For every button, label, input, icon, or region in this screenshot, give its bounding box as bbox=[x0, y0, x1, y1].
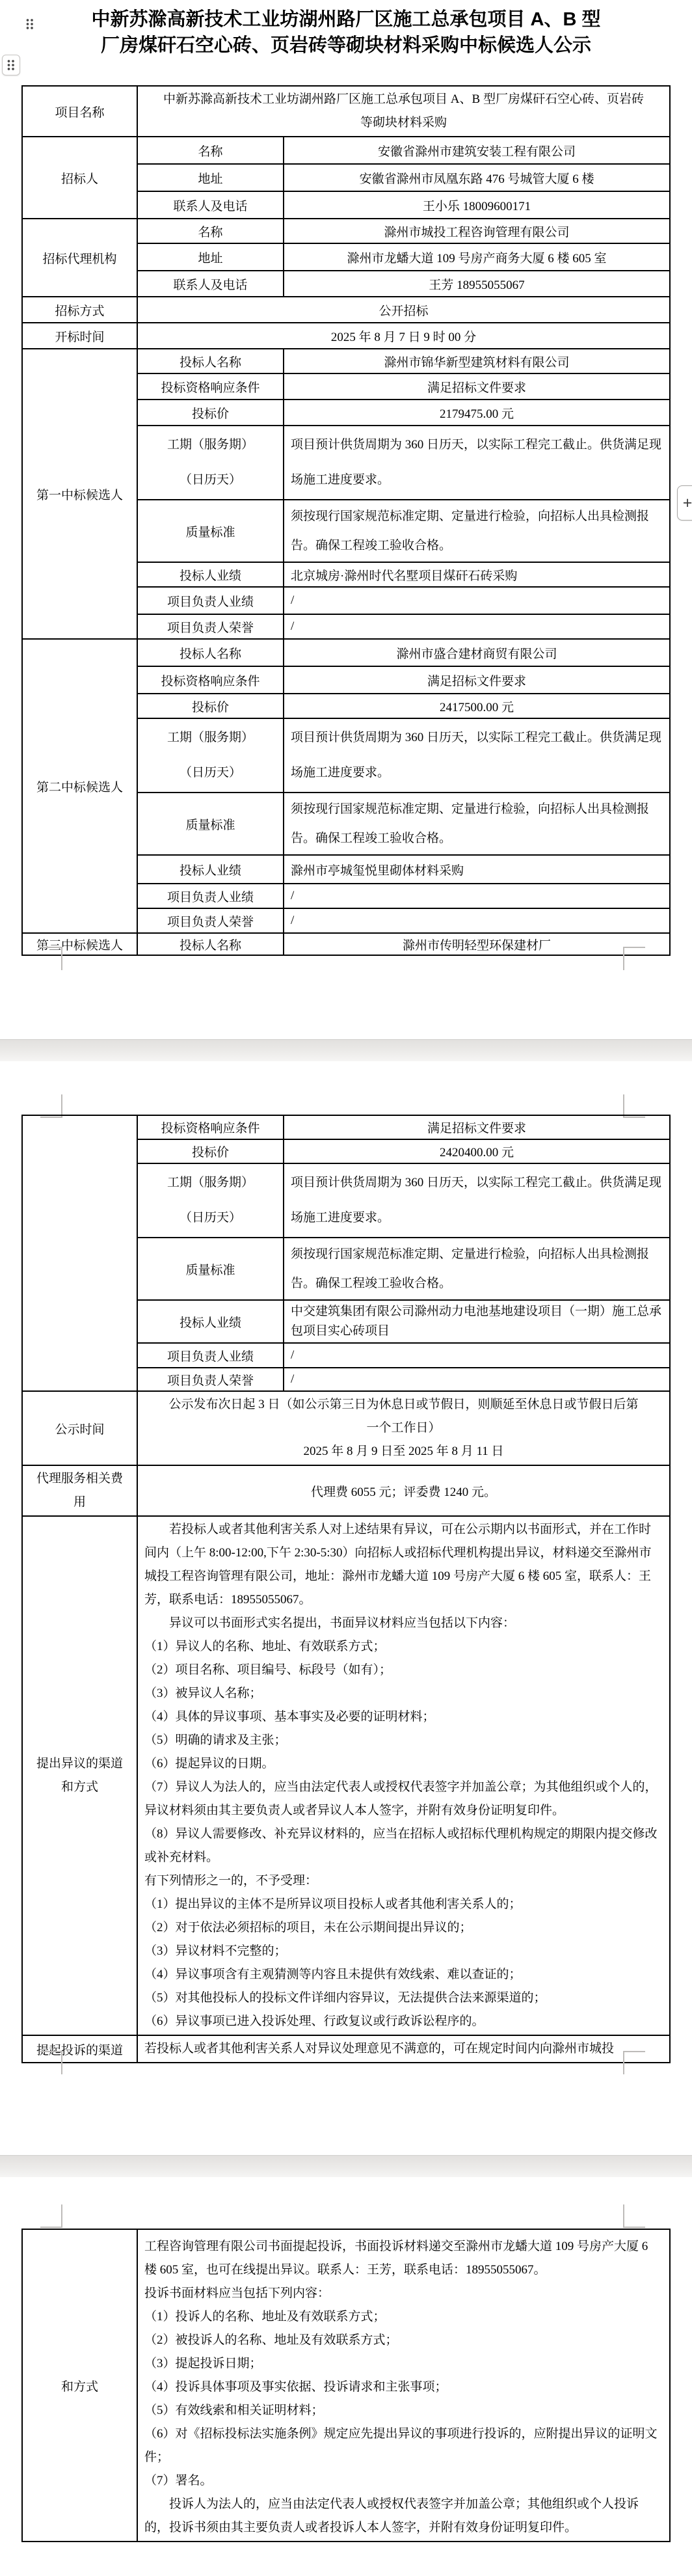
paragraph: （7）异议人为法人的，应当由法定代表人或授权代表签字并加盖公章；为其他组织或个人… bbox=[144, 1776, 663, 1823]
page-corner-mark bbox=[623, 2051, 645, 2074]
paragraph: 有下列情形之一的，不予受理： bbox=[144, 1869, 663, 1893]
paragraph: 异议可以书面形式实名提出，书面异议材料应当包括以下内容： bbox=[144, 1612, 663, 1635]
agency-fee-value: 代理费 6055 元；评委费 1240 元。 bbox=[137, 1465, 670, 1516]
bid-announcement-table-page2: 投标资格响应条件 满足招标文件要求 投标价 2420400.00 元 工期（服务… bbox=[21, 1115, 671, 2063]
paragraph: （4）投诉具体事项及事实依据、投诉请求和主张事项； bbox=[144, 2376, 663, 2399]
page-corner-mark bbox=[40, 2204, 62, 2228]
paragraph: 若投标人或者其他利害关系人对上述结果有异议，可在公示期内以书面形式，并在工作时间… bbox=[144, 1518, 663, 1612]
tenderer-name-value: 安徽省滁州市建筑安装工程有限公司 bbox=[284, 137, 670, 164]
project-name-label: 项目名称 bbox=[22, 86, 137, 137]
c2-pm-honor-label: 项目负责人荣誉 bbox=[137, 908, 284, 933]
c2-pm-performance-label: 项目负责人业绩 bbox=[137, 884, 284, 908]
c2-price-label: 投标价 bbox=[137, 694, 284, 718]
page-separator bbox=[0, 1039, 692, 1061]
c3-performance-value: 中交建筑集团有限公司滁州动力电池基地建设项目（一期）施工总承包项目实心砖项目 bbox=[284, 1300, 670, 1343]
c3-qualification-label: 投标资格响应条件 bbox=[137, 1115, 284, 1139]
c2-bidder-name-value: 滁州市盛合建材商贸有限公司 bbox=[284, 639, 670, 666]
paragraph: （1）提出异议的主体不是所异议项目投标人或者其他利害关系人的； bbox=[144, 1893, 663, 1916]
paragraph: （4）具体的异议事项、基本事实及必要的证明材料； bbox=[144, 1705, 663, 1729]
c3-quality-label: 质量标准 bbox=[137, 1238, 284, 1300]
c2-pm-performance-value: / bbox=[284, 884, 670, 908]
paragraph: （1）投诉人的名称、地址及有效联系方式； bbox=[144, 2305, 663, 2329]
c1-price-label: 投标价 bbox=[137, 400, 284, 426]
paragraph: （3）提起投诉日期； bbox=[144, 2352, 663, 2376]
c3-quality-value: 须按现行国家规范标准定期、定量进行检验，向招标人出具检测报告。确保工程竣工验收合… bbox=[284, 1238, 670, 1300]
method-value: 公开招标 bbox=[137, 297, 670, 323]
c2-duration-label: 工期（服务期） （日历天） bbox=[137, 718, 284, 793]
c2-quality-value: 须按现行国家规范标准定期、定量进行检验，向招标人出具检测报告。确保工程竣工验收合… bbox=[284, 793, 670, 855]
c3-duration-label: 工期（服务期） （日历天） bbox=[137, 1163, 284, 1238]
complaint-channel-label: 提起投诉的渠道 bbox=[22, 2035, 137, 2063]
candidate3-label-continued bbox=[22, 1115, 137, 1391]
c2-pm-honor-value: / bbox=[284, 908, 670, 933]
tenderer-address-value: 安徽省滁州市凤凰东路 476 号城管大厦 6 楼 bbox=[284, 164, 670, 191]
page-corner-mark bbox=[40, 947, 62, 970]
paragraph: 投诉人为法人的，应当由法定代表人或授权代表签字并加盖公章；其他组织或个人投诉的，… bbox=[144, 2493, 663, 2540]
agency-fee-label: 代理服务相关费 用 bbox=[22, 1465, 137, 1516]
c3-pm-performance-label: 项目负责人业绩 bbox=[137, 1343, 284, 1368]
c1-performance-label: 投标人业绩 bbox=[137, 562, 284, 587]
plus-icon: + bbox=[683, 494, 692, 513]
candidate3-label: 第三中标候选人 bbox=[22, 933, 137, 955]
c2-qualification-value: 满足招标文件要求 bbox=[284, 666, 670, 694]
paragraph: （8）异议人需要修改、补充异议材料的，应当在招标人或招标代理机构规定的期限内提交… bbox=[144, 1823, 663, 1869]
c2-performance-label: 投标人业绩 bbox=[137, 855, 284, 884]
paragraph: （3）被异议人名称； bbox=[144, 1682, 663, 1705]
c1-qualification-value: 满足招标文件要求 bbox=[284, 373, 670, 400]
candidate2-label: 第二中标候选人 bbox=[22, 639, 137, 933]
c2-qualification-label: 投标资格响应条件 bbox=[137, 666, 284, 694]
c3-price-value: 2420400.00 元 bbox=[284, 1139, 670, 1163]
document-canvas: { "title": "中新苏滁高新技术工业坊湖州路厂区施工总承包项目 A、B … bbox=[0, 0, 692, 2576]
c1-duration-value: 项目预计供货周期为 360 日历天，以实际工程完工截止。供货满足现场施工进度要求… bbox=[284, 426, 670, 500]
c1-duration-label: 工期（服务期） （日历天） bbox=[137, 426, 284, 500]
agency-label: 招标代理机构 bbox=[22, 219, 137, 297]
c3-pm-honor-value: / bbox=[284, 1368, 670, 1391]
paragraph: 投诉书面材料应当包括下列内容： bbox=[144, 2282, 663, 2305]
paragraph: （6）异议事项已进入投诉处理、行政复议或行政诉讼程序的。 bbox=[144, 2010, 663, 2033]
bid-announcement-table-page3: 和方式 工程咨询管理有限公司书面提起投诉，书面投诉材料递交至滁州市龙蟠大道 10… bbox=[21, 2229, 671, 2542]
c2-duration-value: 项目预计供货周期为 360 日历天，以实际工程完工截止。供货满足现场施工进度要求… bbox=[284, 718, 670, 793]
tenderer-contact-value: 王小乐 18009600171 bbox=[284, 191, 670, 219]
c3-bidder-name-label: 投标人名称 bbox=[137, 933, 284, 955]
paragraph: （5）对其他投标人的投标文件详细内容异议，无法提供合法来源渠道的； bbox=[144, 1986, 663, 2010]
open-time-value: 2025 年 8 月 7 日 9 时 00 分 bbox=[137, 323, 670, 349]
publicity-time-value: 公示发布次日起 3 日（如公示第三日为休息日或节假日，则顺延至休息日或节假日后第… bbox=[137, 1391, 670, 1465]
paragraph: （2）被投诉人的名称、地址及有效联系方式； bbox=[144, 2329, 663, 2352]
c1-bidder-name-label: 投标人名称 bbox=[137, 349, 284, 373]
complaint-channel-text: 工程咨询管理有限公司书面提起投诉，书面投诉材料递交至滁州市龙蟠大道 109 号房… bbox=[137, 2229, 670, 2542]
candidate1-label: 第一中标候选人 bbox=[22, 349, 137, 639]
paragraph: （4）异议事项含有主观猜测等内容且未提供有效线索、难以查证的； bbox=[144, 1963, 663, 1986]
plus-button[interactable]: + bbox=[677, 485, 692, 521]
c3-pm-honor-label: 项目负责人荣誉 bbox=[137, 1368, 284, 1391]
paragraph: （5）明确的请求及主张； bbox=[144, 1729, 663, 1752]
agency-contact-label: 联系人及电话 bbox=[137, 271, 284, 297]
paragraph: （6）提起异议的日期。 bbox=[144, 1752, 663, 1776]
agency-address-label: 地址 bbox=[137, 243, 284, 271]
c3-performance-label: 投标人业绩 bbox=[137, 1300, 284, 1343]
c1-performance-value: 北京城房·滁州时代名墅项目煤矸石砖采购 bbox=[284, 562, 670, 587]
c3-bidder-name-value: 滁州市传明轻型环保建材厂 bbox=[284, 933, 670, 955]
page-corner-mark bbox=[40, 2051, 62, 2074]
paragraph: （6）对《招标投标法实施条例》规定应先提出异议的事项进行投诉的，应附提出异议的证… bbox=[144, 2422, 663, 2469]
c1-pm-performance-label: 项目负责人业绩 bbox=[137, 587, 284, 614]
page-corner-mark bbox=[623, 2204, 645, 2228]
c3-price-label: 投标价 bbox=[137, 1139, 284, 1163]
open-time-label: 开标时间 bbox=[22, 323, 137, 349]
agency-address-value: 滁州市龙蟠大道 109 号房产商务大厦 6 楼 605 室 bbox=[284, 243, 670, 271]
objection-channel-text: 若投标人或者其他利害关系人对上述结果有异议，可在公示期内以书面形式，并在工作时间… bbox=[137, 1516, 670, 2035]
page-separator bbox=[0, 2155, 692, 2177]
c1-quality-label: 质量标准 bbox=[137, 500, 284, 562]
c3-pm-performance-value: / bbox=[284, 1343, 670, 1368]
objection-channel-label: 提出异议的渠道 和方式 bbox=[22, 1516, 137, 2035]
page-corner-mark bbox=[623, 947, 645, 970]
complaint-channel-label-continued: 和方式 bbox=[22, 2229, 137, 2542]
paragraph: （7）署名。 bbox=[144, 2469, 663, 2493]
tenderer-contact-label: 联系人及电话 bbox=[137, 191, 284, 219]
c2-quality-label: 质量标准 bbox=[137, 793, 284, 855]
c1-quality-value: 须按现行国家规范标准定期、定量进行检验，向招标人出具检测报告。确保工程竣工验收合… bbox=[284, 500, 670, 562]
c2-bidder-name-label: 投标人名称 bbox=[137, 639, 284, 666]
c2-price-value: 2417500.00 元 bbox=[284, 694, 670, 718]
c3-qualification-value: 满足招标文件要求 bbox=[284, 1115, 670, 1139]
c1-pm-performance-value: / bbox=[284, 587, 670, 614]
c1-pm-honor-label: 项目负责人荣誉 bbox=[137, 614, 284, 639]
paragraph: （3）异议材料不完整的； bbox=[144, 1940, 663, 1963]
paragraph: 工程咨询管理有限公司书面提起投诉，书面投诉材料递交至滁州市龙蟠大道 109 号房… bbox=[144, 2235, 663, 2282]
complaint-channel-intro: 若投标人或者其他利害关系人对异议处理意见不满意的，可在规定时间内向滁州市城投 bbox=[137, 2035, 670, 2063]
agency-name-label: 名称 bbox=[137, 219, 284, 243]
c1-price-value: 2179475.00 元 bbox=[284, 400, 670, 426]
method-label: 招标方式 bbox=[22, 297, 137, 323]
c1-bidder-name-value: 滁州市锦华新型建筑材料有限公司 bbox=[284, 349, 670, 373]
agency-name-value: 滁州市城投工程咨询管理有限公司 bbox=[284, 219, 670, 243]
c1-pm-honor-value: / bbox=[284, 614, 670, 639]
bid-announcement-table-page1: 项目名称 中新苏滁高新技术工业坊湖州路厂区施工总承包项目 A、B 型厂房煤矸石空… bbox=[21, 85, 671, 956]
project-name-value: 中新苏滁高新技术工业坊湖州路厂区施工总承包项目 A、B 型厂房煤矸石空心砖、页岩… bbox=[137, 86, 670, 137]
c2-performance-value: 滁州市亭城玺悦里砌体材料采购 bbox=[284, 855, 670, 884]
paragraph: （2）对于依法必须招标的项目，未在公示期间提出异议的； bbox=[144, 1916, 663, 1940]
tenderer-label: 招标人 bbox=[22, 137, 137, 219]
agency-contact-value: 王芳 18955055067 bbox=[284, 271, 670, 297]
paragraph: （2）项目名称、项目编号、标段号（如有）； bbox=[144, 1659, 663, 1682]
paragraph: （5）有效线索和相关证明材料； bbox=[144, 2399, 663, 2422]
drag-dots-icon bbox=[7, 59, 16, 71]
c1-qualification-label: 投标资格响应条件 bbox=[137, 373, 284, 400]
tenderer-address-label: 地址 bbox=[137, 164, 284, 191]
publicity-time-label: 公示时间 bbox=[22, 1391, 137, 1465]
page-title: 中新苏滁高新技术工业坊湖州路厂区施工总承包项目 A、B 型 厂房煤矸石空心砖、页… bbox=[0, 7, 692, 59]
tenderer-name-label: 名称 bbox=[137, 137, 284, 164]
c3-duration-value: 项目预计供货周期为 360 日历天，以实际工程完工截止。供货满足现场施工进度要求… bbox=[284, 1163, 670, 1238]
paragraph: （1）异议人的名称、地址、有效联系方式； bbox=[144, 1635, 663, 1659]
